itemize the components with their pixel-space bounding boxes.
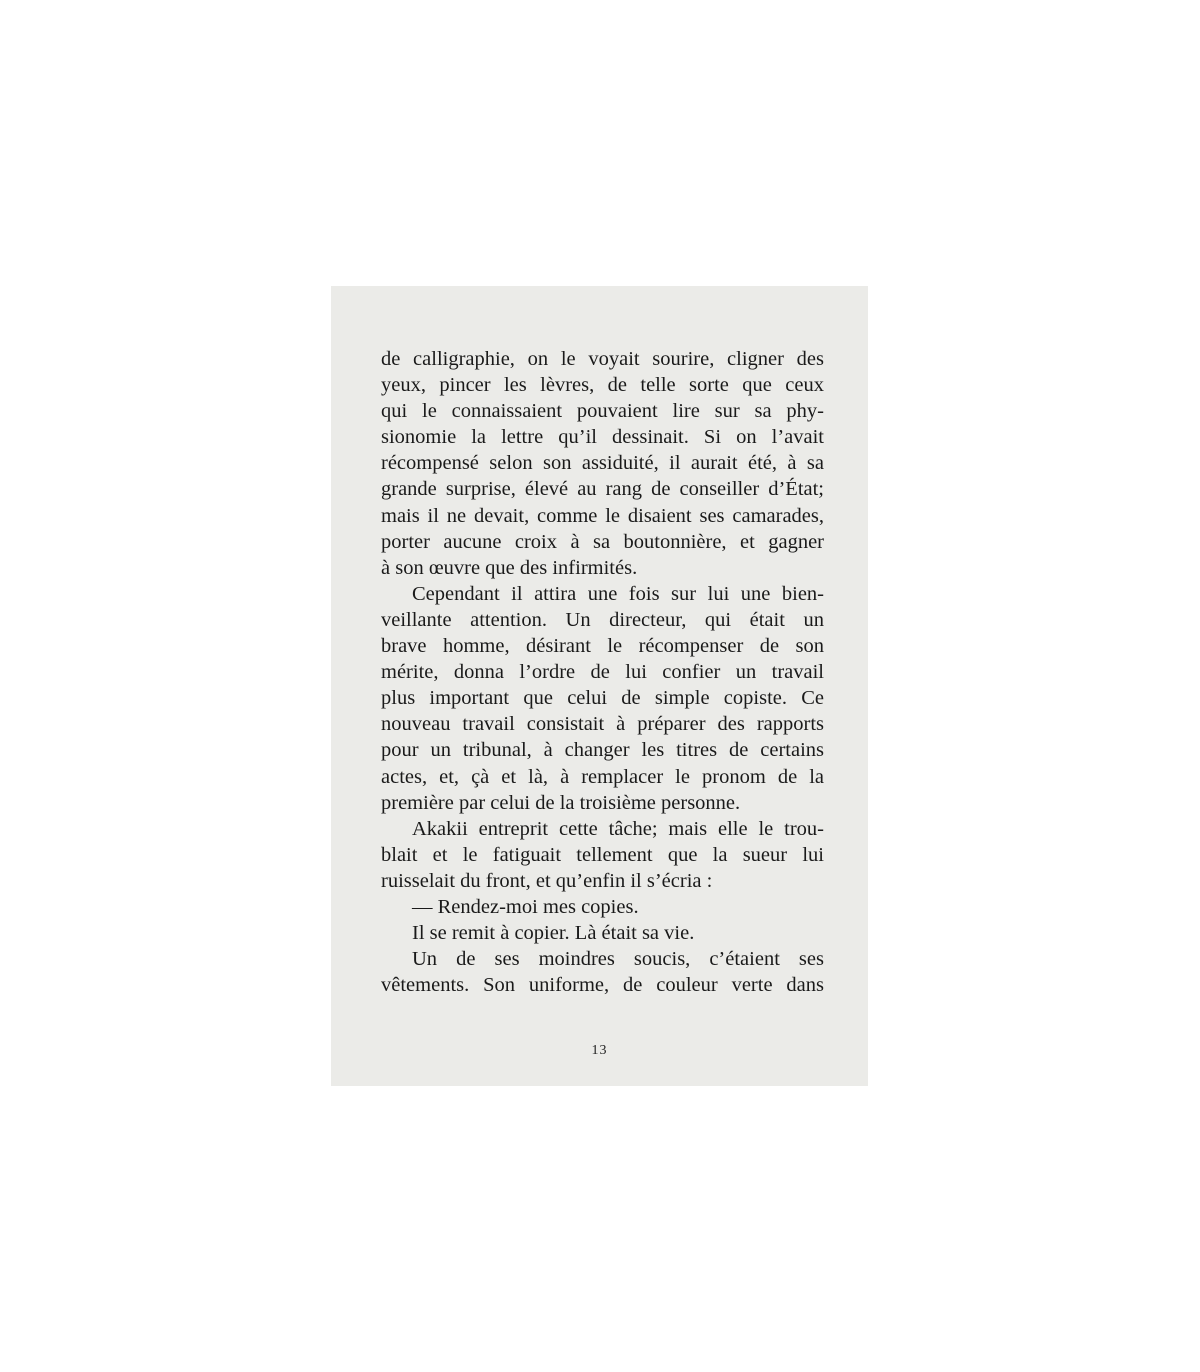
- text-line: récompensé selon son assiduité, il aurai…: [381, 450, 824, 476]
- text-line: Akakii entreprit cette tâche; mais elle …: [381, 816, 824, 842]
- text-line: actes, et, çà et là, à remplacer le pron…: [381, 764, 824, 790]
- text-line: mais il ne devait, comme le disaient ses…: [381, 503, 824, 529]
- text-line: brave homme, désirant le récompenser de …: [381, 633, 824, 659]
- text-line: blait et le fatiguait tellement que la s…: [381, 842, 824, 868]
- text-line: — Rendez-moi mes copies.: [381, 894, 824, 920]
- text-line: sionomie la lettre qu’il dessinait. Si o…: [381, 424, 824, 450]
- body-text: de calligraphie, on le voyait sourire, c…: [381, 346, 824, 998]
- page-number: 13: [331, 1043, 868, 1059]
- text-line: Un de ses moindres soucis, c’étaient ses: [381, 946, 824, 972]
- book-page: de calligraphie, on le voyait sourire, c…: [331, 286, 868, 1086]
- text-line: à son œuvre que des infirmités.: [381, 555, 824, 581]
- text-line: veillante attention. Un directeur, qui é…: [381, 607, 824, 633]
- text-line: première par celui de la troisième perso…: [381, 790, 824, 816]
- text-line: porter aucune croix à sa boutonnière, et…: [381, 529, 824, 555]
- text-line: nouveau travail consistait à préparer de…: [381, 711, 824, 737]
- text-line: de calligraphie, on le voyait sourire, c…: [381, 346, 824, 372]
- text-line: vêtements. Son uniforme, de couleur vert…: [381, 972, 824, 998]
- text-line: Cependant il attira une fois sur lui une…: [381, 581, 824, 607]
- text-line: pour un tribunal, à changer les titres d…: [381, 737, 824, 763]
- text-line: yeux, pincer les lèvres, de telle sorte …: [381, 372, 824, 398]
- text-line: plus important que celui de simple copis…: [381, 685, 824, 711]
- text-line: ruisselait du front, et qu’enfin il s’éc…: [381, 868, 824, 894]
- text-line: qui le connaissaient pouvaient lire sur …: [381, 398, 824, 424]
- text-line: mérite, donna l’ordre de lui confier un …: [381, 659, 824, 685]
- text-line: grande surprise, élevé au rang de consei…: [381, 476, 824, 502]
- text-line: Il se remit à copier. Là était sa vie.: [381, 920, 824, 946]
